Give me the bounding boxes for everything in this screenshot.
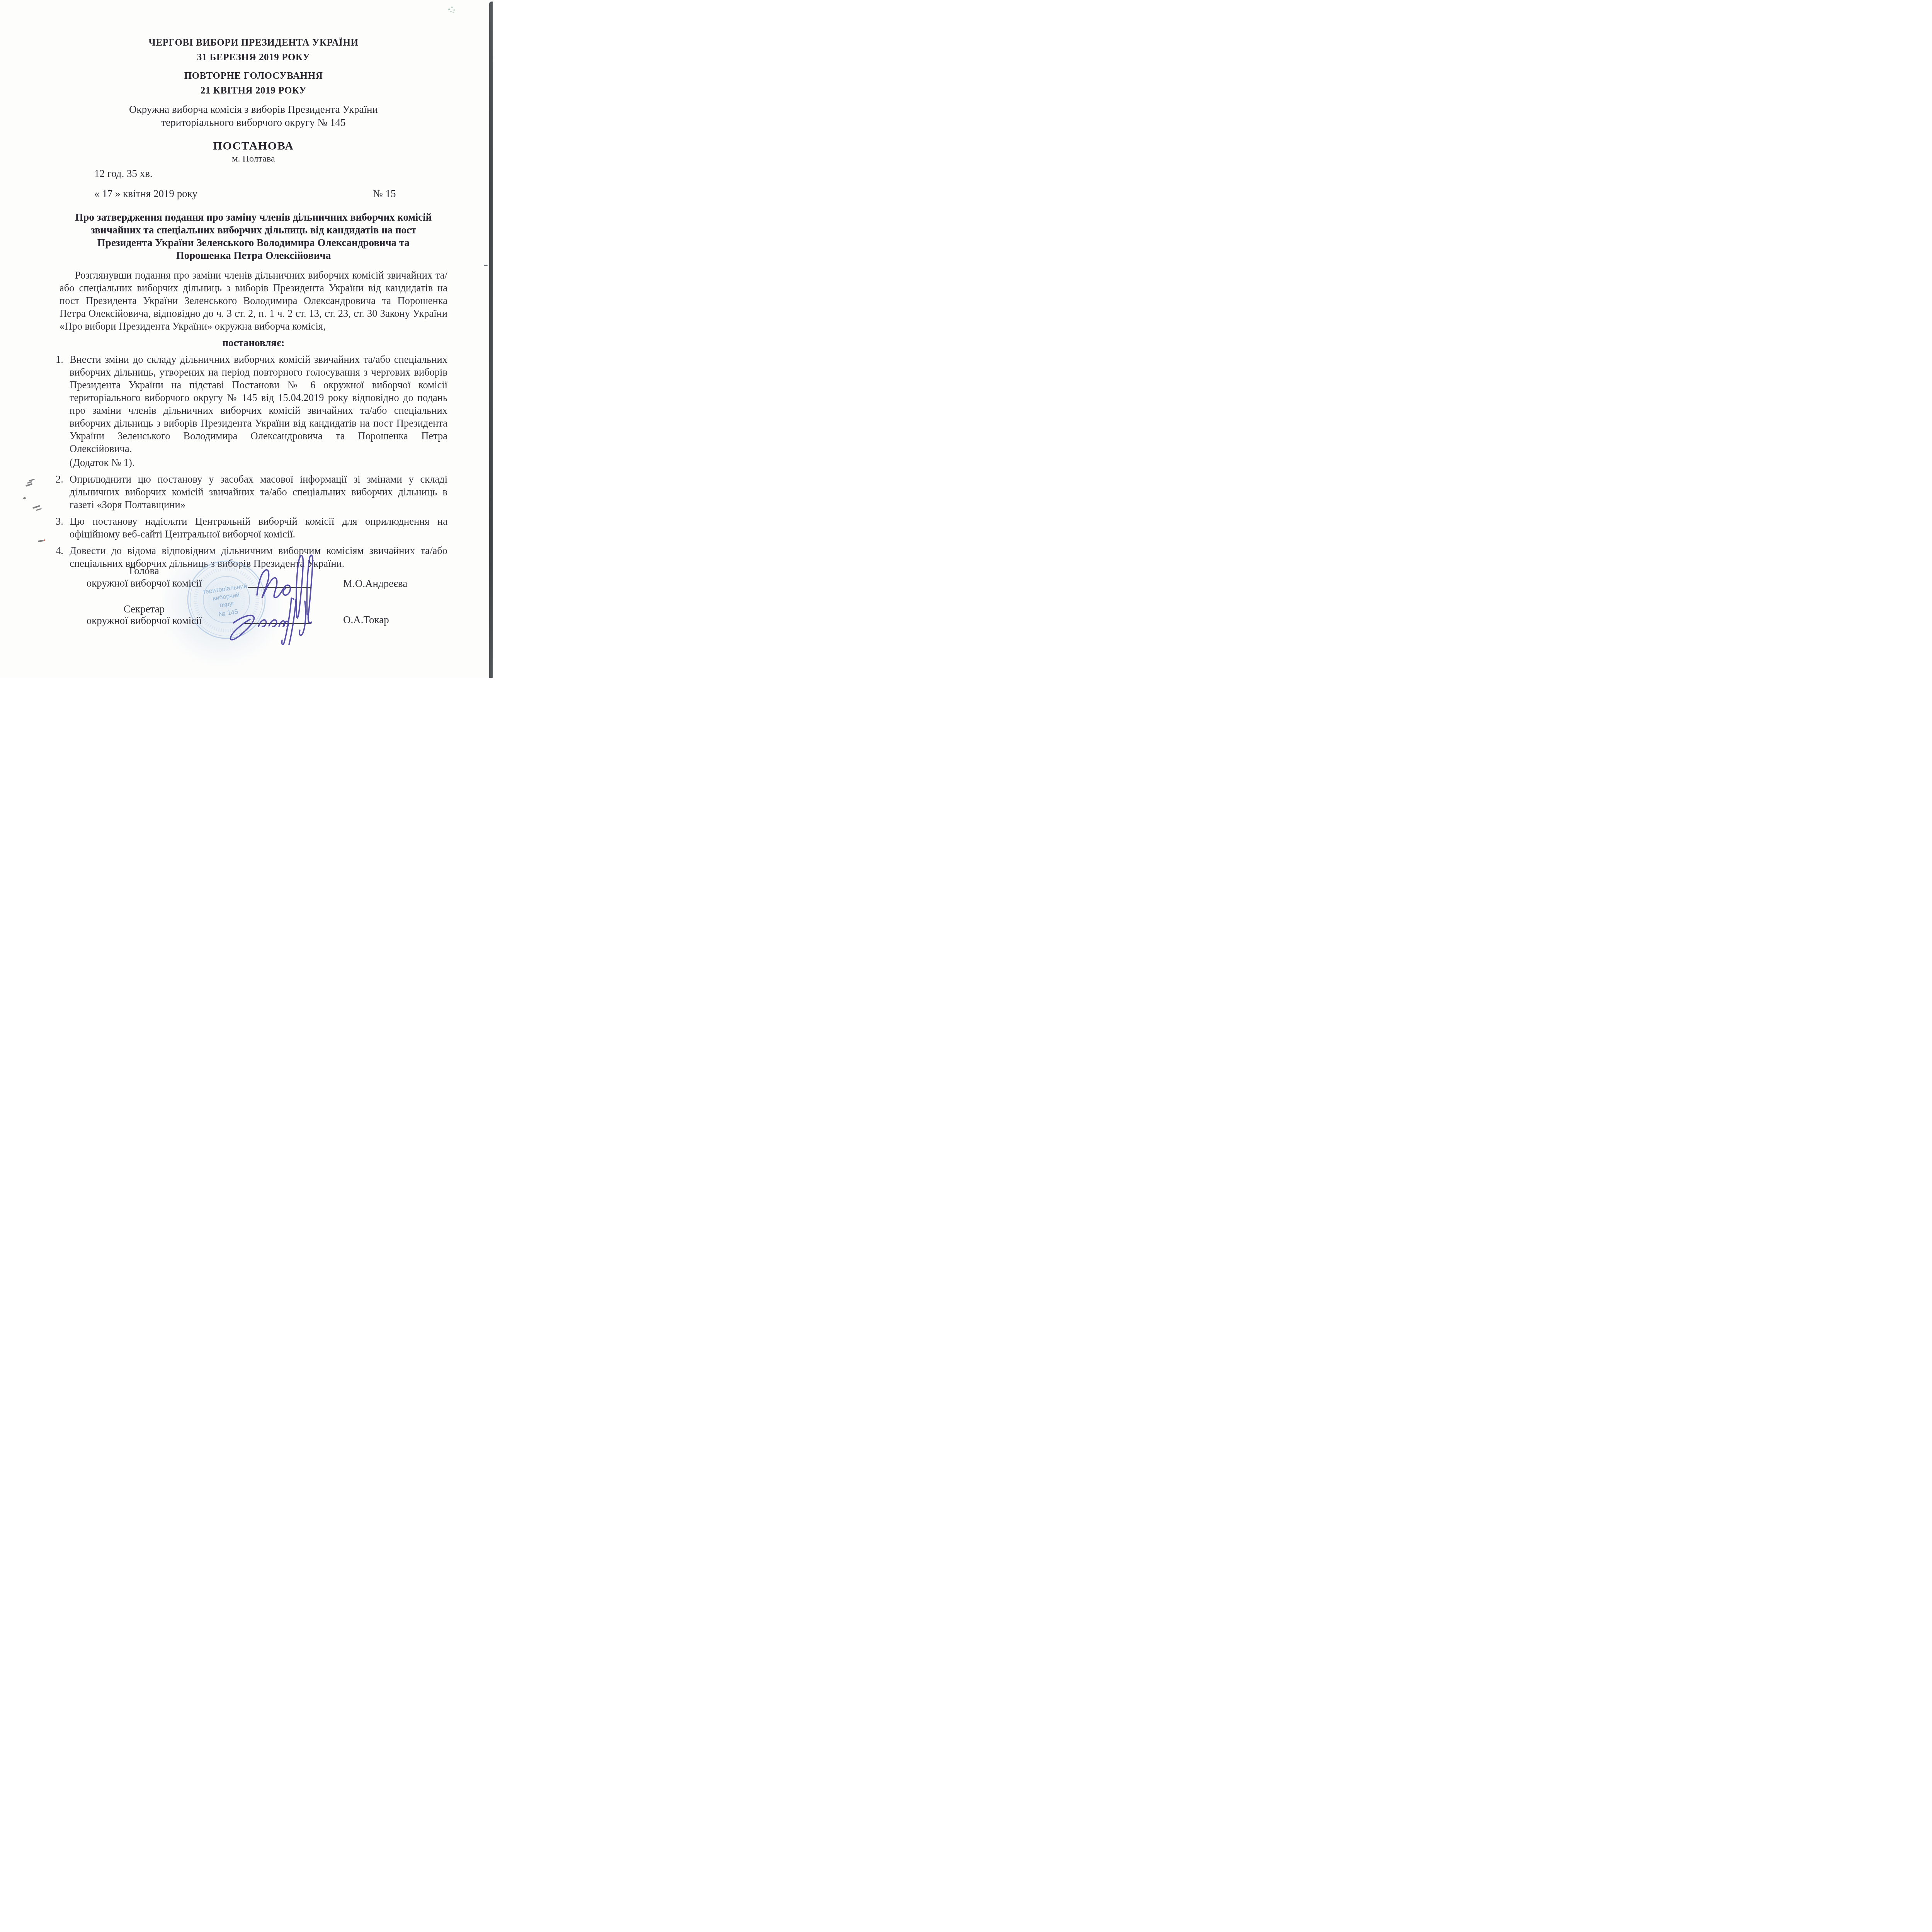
revote-header: ПОВТОРНЕ ГОЛОСУВАННЯ 21 КВІТНЯ 2019 РОКУ bbox=[60, 69, 447, 98]
revote-header-line1: ПОВТОРНЕ ГОЛОСУВАННЯ bbox=[60, 69, 447, 83]
signature-role-secretary: Секретар окружної виборчої комісії bbox=[75, 603, 214, 626]
handwritten-signatures bbox=[209, 545, 375, 657]
intro-paragraph: Розглянувши подання про заміни членів ді… bbox=[60, 269, 447, 333]
list-item: 1. Внести зміни до складу дільничних виб… bbox=[60, 353, 447, 455]
ink-smudge-artifact bbox=[36, 508, 42, 511]
list-item-text: Оприлюднити цю постанову у засобах масов… bbox=[70, 473, 447, 511]
signature-role-secretary-line2: окружної виборчої комісії bbox=[75, 615, 214, 626]
election-header: ЧЕРГОВІ ВИБОРИ ПРЕЗИДЕНТА УКРАЇНИ 31 БЕР… bbox=[60, 36, 447, 65]
list-item-text: Внести зміни до складу дільничних виборч… bbox=[70, 353, 447, 455]
doc-city: м. Полтава bbox=[60, 153, 447, 165]
signature-role-head: Голова окружної виборчої комісії bbox=[75, 565, 214, 589]
date-number-row: « 17 » квітня 2019 року № 15 bbox=[60, 187, 447, 201]
election-header-line1: ЧЕРГОВІ ВИБОРИ ПРЕЗИДЕНТА УКРАЇНИ bbox=[60, 36, 447, 50]
election-header-line2: 31 БЕРЕЗНЯ 2019 РОКУ bbox=[60, 50, 447, 65]
resolution-items: 1. Внести зміни до складу дільничних виб… bbox=[60, 353, 447, 570]
list-item-text: Цю постанову надіслати Центральній вибор… bbox=[70, 515, 447, 541]
list-item-number: 4. bbox=[56, 544, 63, 557]
list-item: 3. Цю постанову надіслати Центральній ви… bbox=[60, 515, 447, 541]
doc-type-heading: ПОСТАНОВА bbox=[60, 139, 447, 153]
ink-smudge-artifact bbox=[26, 483, 32, 486]
scanned-document-page: ЧЕРГОВІ ВИБОРИ ПРЕЗИДЕНТА УКРАЇНИ 31 БЕР… bbox=[0, 0, 493, 678]
gray-dash-artifact bbox=[484, 265, 488, 266]
signature-role-head-line1: Голова bbox=[75, 565, 214, 577]
doc-number: № 15 bbox=[373, 187, 396, 200]
commission-header: Окружна виборча комісія з виборів Презид… bbox=[60, 103, 447, 129]
commission-header-line1: Окружна виборча комісія з виборів Презид… bbox=[60, 103, 447, 116]
document-text-column: ЧЕРГОВІ ВИБОРИ ПРЕЗИДЕНТА УКРАЇНИ 31 БЕР… bbox=[60, 0, 447, 570]
list-item-number: 3. bbox=[56, 515, 63, 528]
ink-smudge-artifact bbox=[23, 497, 26, 500]
signature-role-secretary-line1: Секретар bbox=[75, 603, 214, 615]
green-smudge-artifact bbox=[448, 9, 450, 10]
appendix-note: (Додаток № 1). bbox=[60, 456, 447, 469]
list-item: 2. Оприлюднити цю постанову у засобах ма… bbox=[60, 473, 447, 511]
list-item-number: 1. bbox=[56, 353, 63, 366]
resolves-label: постановляє: bbox=[60, 337, 447, 349]
doc-date: « 17 » квітня 2019 року bbox=[94, 188, 197, 199]
signature-role-head-line2: окружної виборчої комісії bbox=[75, 577, 214, 589]
doc-time: 12 год. 35 хв. bbox=[94, 167, 447, 180]
scan-edge-shadow bbox=[489, 2, 493, 678]
commission-header-line2: територіального виборчого округу № 145 bbox=[60, 116, 447, 129]
revote-header-line2: 21 КВІТНЯ 2019 РОКУ bbox=[60, 83, 447, 98]
resolution-title: Про затвердження подання про заміну член… bbox=[71, 211, 436, 262]
list-item-number: 2. bbox=[56, 473, 63, 486]
ink-smudge-artifact bbox=[38, 540, 44, 542]
red-speck-artifact bbox=[44, 539, 45, 541]
